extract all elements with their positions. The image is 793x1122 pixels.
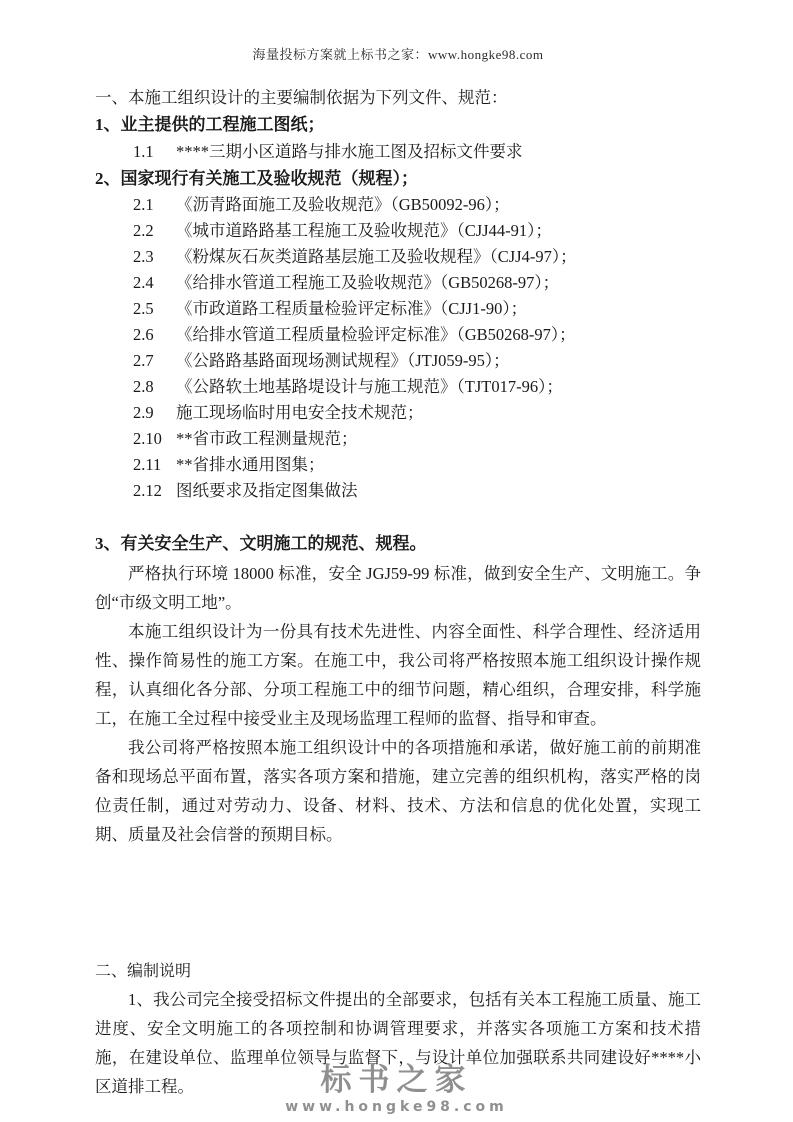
- list-item: 2.1 《沥青路面施工及验收规范》（GB50092-96）；: [95, 192, 701, 218]
- list-item: 2.3 《粉煤灰石灰类道路基层施工及验收规程》（CJJ4-97）；: [95, 244, 701, 270]
- sub1-title: 1、业主提供的工程施工图纸；: [95, 111, 701, 138]
- list-item-text: 《公路路基路面现场测试规程》（JTJ059-95）；: [176, 348, 510, 374]
- list-item: 2.5 《市政道路工程质量检验评定标准》（CJJ1-90）；: [95, 296, 701, 322]
- list-item-text: **省排水通用图集；: [176, 452, 325, 478]
- section1-paragraphs: 严格执行环境 18000 标准，安全 JGJ59-99 标准，做到安全生产、文明…: [95, 559, 701, 849]
- list-item-text: 《给排水管道工程质量检验评定标准》（GB50268-97）；: [176, 322, 576, 348]
- list-item-no: 2.2: [133, 218, 167, 244]
- list-item-text: 《市政道路工程质量检验评定标准》（CJJ1-90）；: [176, 296, 527, 322]
- list-item-no: 2.12: [133, 478, 167, 504]
- header-note: 海量投标方案就上标书之家：www.hongke98.com: [95, 46, 701, 64]
- list-item-no: 2.5: [133, 296, 167, 322]
- list-item-no: 2.11: [133, 452, 167, 478]
- standards-list: 2.1 《沥青路面施工及验收规范》（GB50092-96）； 2.2 《城市道路…: [95, 192, 701, 504]
- sub3-title: 3、有关安全生产、文明施工的规范、规程。: [95, 530, 701, 557]
- list-item-no: 2.4: [133, 270, 167, 296]
- document-page: 海量投标方案就上标书之家：www.hongke98.com 一、本施工组织设计的…: [0, 0, 793, 1122]
- section1: 一、本施工组织设计的主要编制依据为下列文件、规范： 1、业主提供的工程施工图纸；…: [95, 84, 701, 849]
- list-item-no: 2.6: [133, 322, 167, 348]
- list-item-text: 施工现场临时用电安全技术规范；: [176, 400, 424, 426]
- paragraph: 本施工组织设计为一份具有技术先进性、内容全面性、科学合理性、经济适用性、操作简易…: [95, 617, 701, 733]
- sub2-title: 2、国家现行有关施工及验收规范（规程）；: [95, 165, 701, 192]
- list-item: 2.2 《城市道路路基工程施工及验收规范》（CJJ44-91）；: [95, 218, 701, 244]
- list-item: 2.10 **省市政工程测量规范；: [95, 426, 701, 452]
- paragraph: 我公司将严格按照本施工组织设计中的各项措施和承诺，做好施工前的前期准备和现场总平…: [95, 733, 701, 849]
- list-item: 2.12 图纸要求及指定图集做法: [95, 478, 701, 504]
- list-item-no: 2.7: [133, 348, 167, 374]
- list-item-text: ****三期小区道路与排水施工图及招标文件要求: [176, 138, 523, 165]
- paragraph: 严格执行环境 18000 标准，安全 JGJ59-99 标准，做到安全生产、文明…: [95, 559, 701, 617]
- list-item: 2.11 **省排水通用图集；: [95, 452, 701, 478]
- list-item-no: 2.3: [133, 244, 167, 270]
- list-item-text: 《粉煤灰石灰类道路基层施工及验收规程》（CJJ4-97）；: [176, 244, 577, 270]
- list-item-text: **省市政工程测量规范；: [176, 426, 358, 452]
- list-item-text: 《城市道路路基工程施工及验收规范》（CJJ44-91）；: [176, 218, 552, 244]
- list-item-text: 《公路软土地基路堤设计与施工规范》（TJT017-96）；: [176, 374, 563, 400]
- list-item-no: 2.9: [133, 400, 167, 426]
- list-item: 2.8 《公路软土地基路堤设计与施工规范》（TJT017-96）；: [95, 374, 701, 400]
- list-item-text: 《给排水管道工程施工及验收规范》（GB50268-97）；: [176, 270, 559, 296]
- watermark: 标书之家 www.hongke98.com: [0, 1063, 793, 1116]
- list-item-text: 图纸要求及指定图集做法: [176, 478, 358, 504]
- list-item: 2.9 施工现场临时用电安全技术规范；: [95, 400, 701, 426]
- list-item: 2.4 《给排水管道工程施工及验收规范》（GB50268-97）；: [95, 270, 701, 296]
- section1-heading: 一、本施工组织设计的主要编制依据为下列文件、规范：: [95, 84, 701, 111]
- watermark-url: www.hongke98.com: [0, 1098, 793, 1116]
- section2-heading: 二、编制说明: [95, 958, 701, 985]
- list-item-no: 2.10: [133, 426, 167, 452]
- list-item-no: 1.1: [133, 138, 167, 165]
- list-item: 2.7 《公路路基路面现场测试规程》（JTJ059-95）；: [95, 348, 701, 374]
- watermark-brand: 标书之家: [0, 1063, 793, 1097]
- list-item: 1.1 ****三期小区道路与排水施工图及招标文件要求: [95, 138, 701, 165]
- list-item-text: 《沥青路面施工及验收规范》（GB50092-96）；: [176, 192, 510, 218]
- list-item-no: 2.8: [133, 374, 167, 400]
- list-item-no: 2.1: [133, 192, 167, 218]
- list-item: 2.6 《给排水管道工程质量检验评定标准》（GB50268-97）；: [95, 322, 701, 348]
